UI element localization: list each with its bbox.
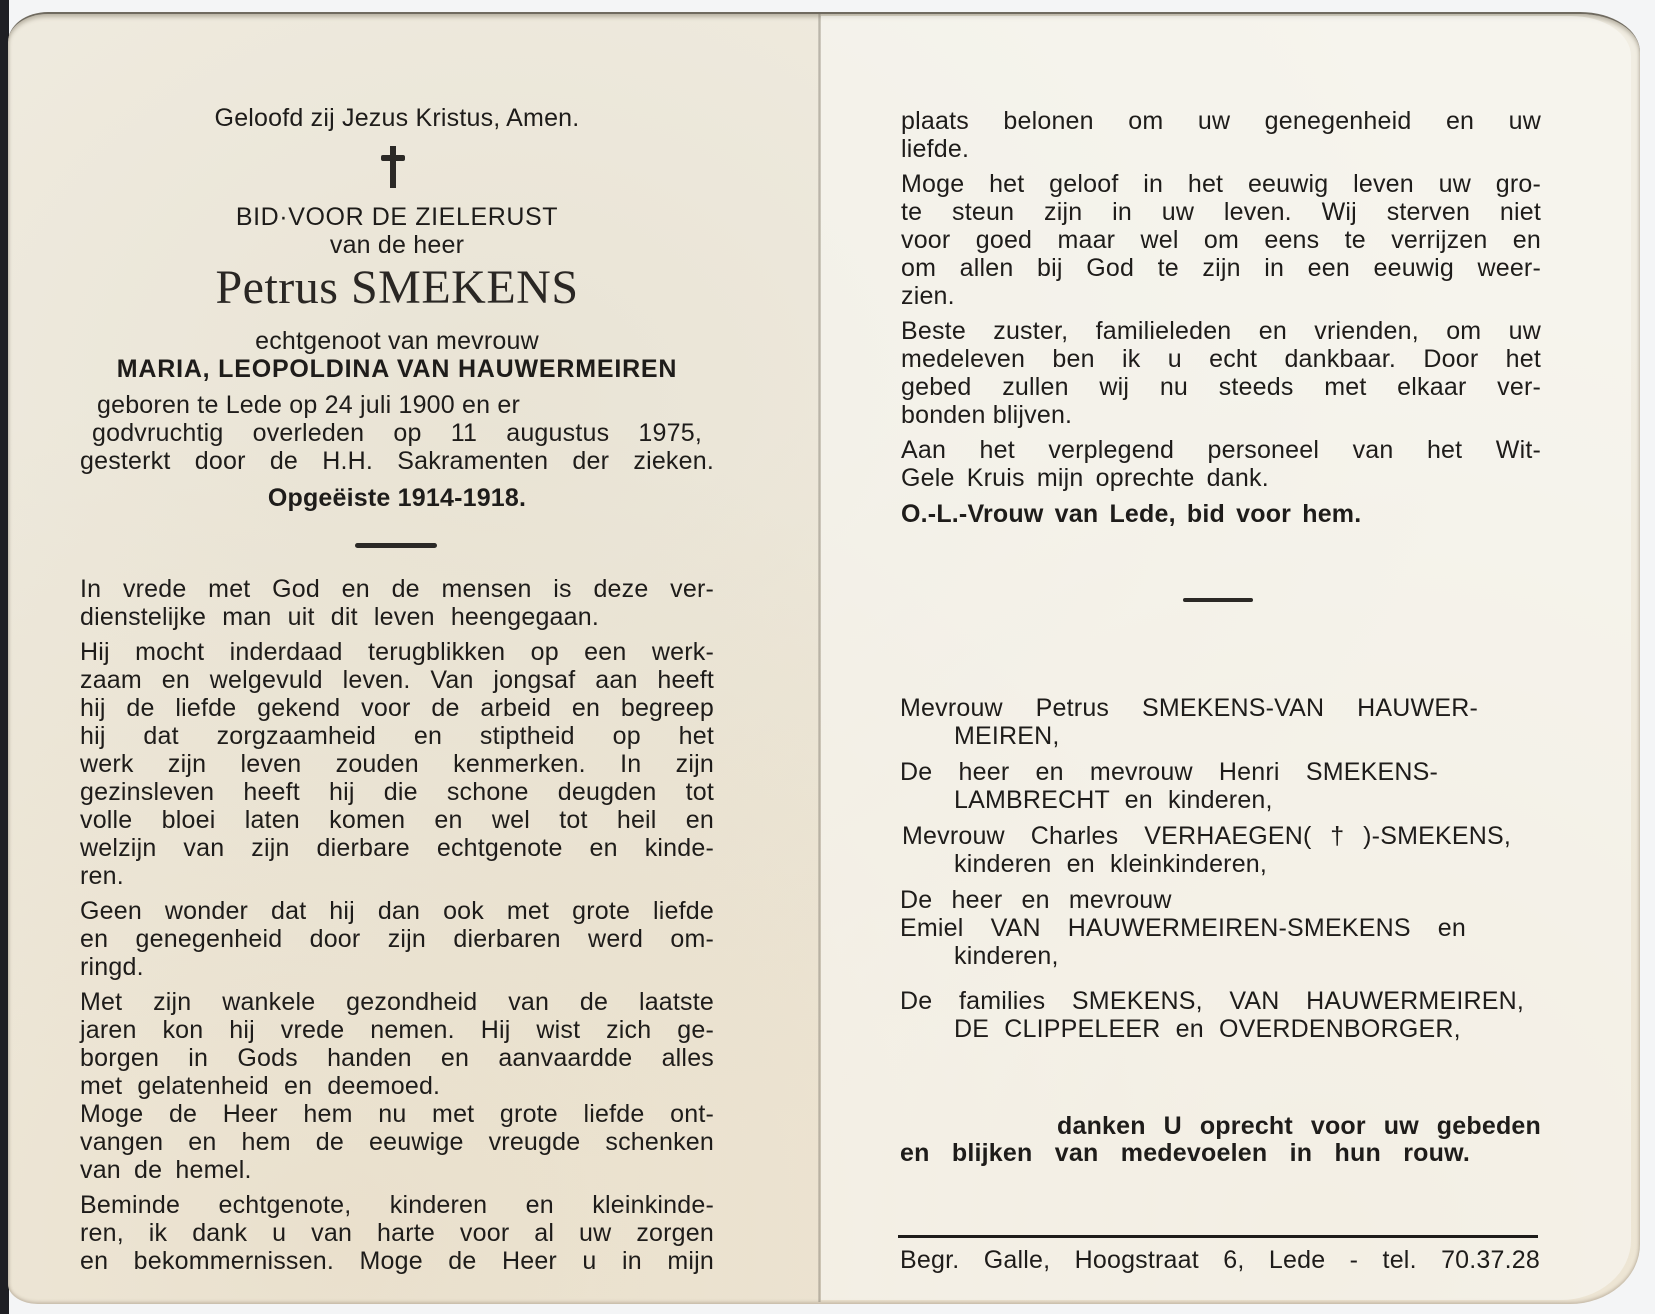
- body-line: ringd.: [80, 953, 714, 981]
- body-line: voor goed maar wel om eens te verrijzen …: [901, 226, 1541, 254]
- body-line: en genegenheid door zijn dierbaren werd …: [80, 925, 714, 953]
- life-line-birth: geboren te Lede op 24 juli 1900 en er: [97, 391, 697, 419]
- body-line: hij dat zorgzaamheid en stiptheid op het: [80, 722, 714, 750]
- printer-imprint: Begr. Galle, Hoogstraat 6, Lede - tel. 7…: [900, 1246, 1540, 1274]
- family-line: MEIREN,: [954, 722, 1060, 750]
- family-line: De families SMEKENS, VAN HAUWERMEIREN,: [900, 987, 1524, 1015]
- prayer-heading: BID·VOOR DE ZIELERUST: [80, 203, 714, 231]
- body-line: dienstelijke man uit dit leven heengegaa…: [80, 603, 714, 631]
- body-line: werk zijn leven zouden kenmerken. In zij…: [80, 750, 714, 778]
- body-line: vangen en hem de eeuwige vreugde schenke…: [80, 1128, 714, 1156]
- body-line: gezinsleven heeft hij die schone deugden…: [80, 778, 714, 806]
- body-line: met gelatenheid en deemoed.: [80, 1072, 714, 1100]
- body-line: plaats belonen om uw genegenheid en uw: [901, 107, 1541, 135]
- body-line: Aan het verplegend personeel van het Wit…: [901, 436, 1541, 464]
- family-line: Mevrouw Petrus SMEKENS-VAN HAUWER-: [900, 694, 1478, 722]
- salutation: van de heer: [80, 231, 714, 259]
- life-line-death: godvruchtig overleden op 11 augustus 197…: [92, 419, 702, 447]
- body-line: zaam en welgevuld leven. Van jongsaf aan…: [80, 666, 714, 694]
- body-line: zien.: [901, 282, 1541, 310]
- family-line: DE CLIPPELEER en OVERDENBORGER,: [954, 1015, 1461, 1043]
- body-line: Moge de Heer hem nu met grote liefde ont…: [80, 1100, 714, 1128]
- family-line: LAMBRECHT en kinderen,: [954, 786, 1273, 814]
- thanks-line: danken U oprecht voor uw gebeden: [1057, 1112, 1541, 1140]
- body-line: om allen bij God te zijn in een eeuwig w…: [901, 254, 1541, 282]
- spouse-intro: echtgenoot van mevrouw: [80, 327, 714, 355]
- ornament-divider: [355, 543, 437, 548]
- body-line: hij de liefde gekend voor de arbeid en b…: [80, 694, 714, 722]
- body-line: ren.: [80, 862, 714, 890]
- body-line: jaren kon hij vrede nemen. Hij wist zich…: [80, 1016, 714, 1044]
- thanks-line: en blijken van medevoelen in hun rouw.: [900, 1139, 1470, 1167]
- life-line-sacraments: gesterkt door de H.H. Sakramenten der zi…: [80, 447, 714, 475]
- distinction-text: Opgeëiste 1914-1918.: [80, 484, 714, 512]
- family-line: Emiel VAN HAUWERMEIREN-SMEKENS en: [900, 914, 1466, 942]
- cross-icon: [381, 146, 405, 188]
- body-line: volle bloei laten komen en wel tot heil …: [80, 806, 714, 834]
- family-line: De heer en mevrouw: [900, 886, 1172, 914]
- family-line: De heer en mevrouw Henri SMEKENS-: [900, 758, 1438, 786]
- body-line: ren, ik dank u van harte voor al uw zorg…: [80, 1219, 714, 1247]
- body-line: Moge het geloof in het eeuwig leven uw g…: [901, 170, 1541, 198]
- body-line: en bekommernissen. Moge de Heer u in mij…: [80, 1247, 714, 1275]
- family-line: kinderen en kleinkinderen,: [954, 850, 1267, 878]
- body-line: Geen wonder dat hij dan ook met grote li…: [80, 897, 714, 925]
- ornament-divider: [1183, 598, 1253, 602]
- body-line: Beste zuster, familieleden en vrienden, …: [901, 317, 1541, 345]
- body-line: medeleven ben ik u echt dankbaar. Door h…: [901, 345, 1541, 373]
- body-line: van de hemel.: [80, 1156, 714, 1184]
- family-line: Mevrouw Charles VERHAEGEN(†)-SMEKENS,: [902, 822, 1511, 850]
- body-line: welzijn van zijn dierbare echtgenote en …: [80, 834, 714, 862]
- body-line: Gele Kruis mijn oprechte dank.: [901, 464, 1541, 492]
- deceased-name: Petrus SMEKENS: [80, 262, 714, 314]
- spouse-name: MARIA, LEOPOLDINA VAN HAUWERMEIREN: [80, 355, 714, 383]
- body-line: te steun zijn in uw leven. Wij sterven n…: [901, 198, 1541, 226]
- footer-rule: [898, 1235, 1538, 1238]
- body-line: liefde.: [901, 135, 1541, 163]
- closing-invocation: O.-L.-Vrouw van Lede, bid voor hem.: [901, 500, 1541, 528]
- card-fold-line: [818, 14, 821, 1302]
- invocation-text: Geloofd zij Jezus Kristus, Amen.: [80, 104, 714, 132]
- body-line: gebed zullen wij nu steeds met elkaar ve…: [901, 373, 1541, 401]
- body-line: Hij mocht inderdaad terugblikken op een …: [80, 638, 714, 666]
- body-line: In vrede met God en de mensen is deze ve…: [80, 575, 714, 603]
- body-line: bonden blijven.: [901, 401, 1541, 429]
- body-line: Beminde echtgenote, kinderen en kleinkin…: [80, 1191, 714, 1219]
- family-line: kinderen,: [954, 942, 1059, 970]
- body-line: borgen in Gods handen en aanvaardde alle…: [80, 1044, 714, 1072]
- body-line: Met zijn wankele gezondheid van de laats…: [80, 988, 714, 1016]
